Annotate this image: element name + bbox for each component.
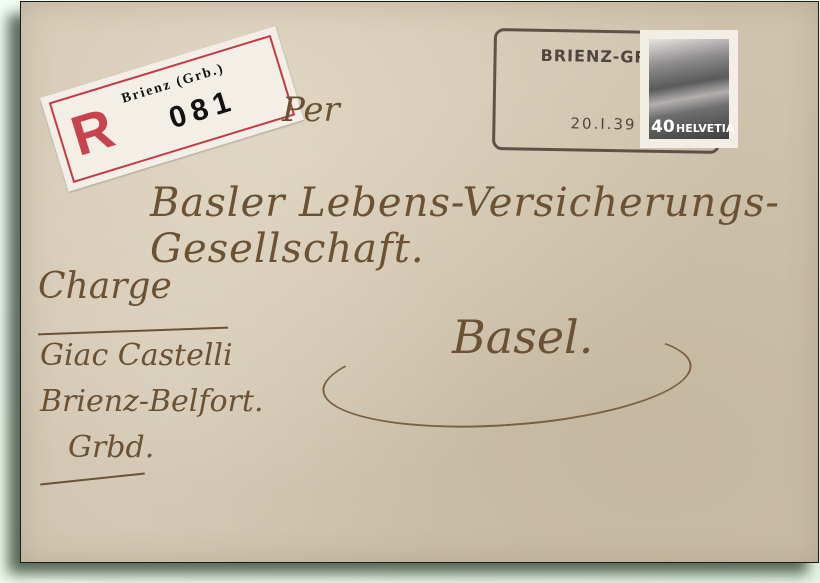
stamp-value: 40 bbox=[651, 117, 675, 137]
sender-canton: Grbd. bbox=[68, 430, 154, 465]
postmark-date: 20.I.39 bbox=[570, 114, 636, 133]
stamp-country: HELVETIA bbox=[676, 122, 734, 135]
postage-stamp: 40 HELVETIA bbox=[640, 30, 738, 148]
recipient: Basler Lebens-Versicherungs-Gesellschaft… bbox=[150, 180, 820, 272]
charge-note: Charge bbox=[38, 266, 172, 307]
sender-town: Brienz-Belfort. bbox=[40, 384, 264, 419]
address-prefix: Per bbox=[282, 90, 340, 130]
sender-name: Giac Castelli bbox=[40, 338, 233, 373]
